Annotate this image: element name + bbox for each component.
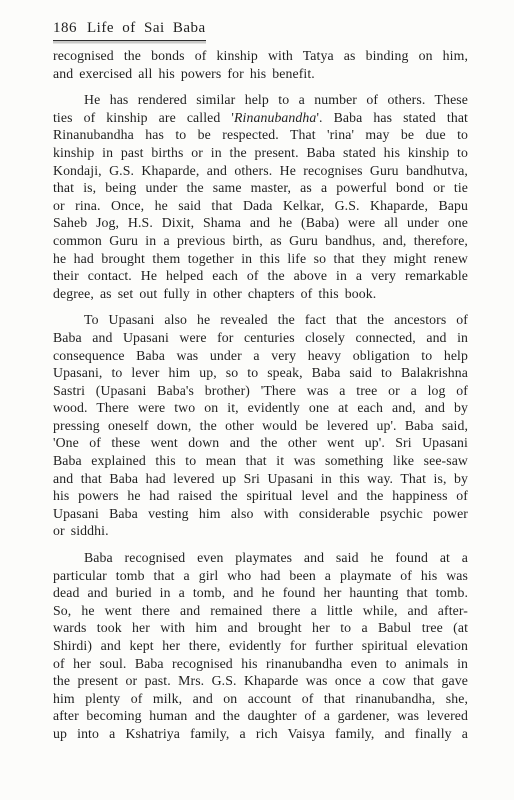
text-line: wood. There were two on it, evidently on… — [53, 399, 468, 417]
page-number: 186 — [53, 20, 77, 36]
text-line: Upasani, to lever him up, so to speak, B… — [53, 364, 468, 382]
text-line: ties of kinship are called 'Rinanubandha… — [53, 109, 468, 127]
text-line: him plenty of milk, and on account of th… — [53, 690, 468, 708]
text-line: or siddhi. — [53, 522, 468, 540]
text-line: Baba recognised even playmates and said … — [53, 549, 468, 567]
paragraph: He has rendered similar help to a number… — [53, 91, 468, 302]
running-head: 186Life of Sai Baba — [53, 20, 206, 41]
text-line: To Upasani also he revealed the fact tha… — [53, 311, 468, 329]
text-line: Saheb Jog, H.S. Dixit, Shama and he (Bab… — [53, 214, 468, 232]
text-line: wards took her with him and brought her … — [53, 619, 468, 637]
text-line: Sastri (Upasani Baba's brother) 'There w… — [53, 382, 468, 400]
paragraph: To Upasani also he revealed the fact tha… — [53, 311, 468, 540]
text-line: or rina. Once, he said that Dada Kelkar,… — [53, 197, 468, 215]
text-line: kinship in past births or in the present… — [53, 144, 468, 162]
text-line: Kondaji, G.S. Khaparde, and others. He r… — [53, 162, 468, 180]
text-line: He has rendered similar help to a number… — [53, 91, 468, 109]
text-line: Rinanubandha has to be respected. That '… — [53, 126, 468, 144]
text-line: Baba explained this to mean that it was … — [53, 452, 468, 470]
text-line: dead and buried in a tomb, and he found … — [53, 584, 468, 602]
text-line: 'One of these went down and the other we… — [53, 434, 468, 452]
page-body: recognised the bonds of kinship with Tat… — [53, 47, 468, 743]
text-line: of her soul. Baba recognised his rinanub… — [53, 655, 468, 673]
text-line: the present or past. Mrs. G.S. Khaparde … — [53, 672, 468, 690]
text-line: Upasani Baba vesting him also with consi… — [53, 505, 468, 523]
text-line: that is, being under the same master, as… — [53, 179, 468, 197]
text-line: common Guru in a previous birth, as Guru… — [53, 232, 468, 250]
text-line: Shirdi) and kept her there, evidently fo… — [53, 637, 468, 655]
text-line: pressing oneself down, the other would b… — [53, 417, 468, 435]
text-line: and that Baba had levered up Sri Upasani… — [53, 470, 468, 488]
text-line: recognised the bonds of kinship with Tat… — [53, 47, 468, 65]
book-page-scan: 186Life of Sai Baba recognised the bonds… — [0, 0, 514, 800]
text-line: after becoming human and the daughter of… — [53, 707, 468, 725]
text-line: degree, as set out fully in other chapte… — [53, 285, 468, 303]
book-title: Life of Sai Baba — [87, 20, 206, 36]
page-header: 186Life of Sai Baba — [53, 19, 206, 41]
text-line: consequence Baba was under a very heavy … — [53, 347, 468, 365]
text-line: their contact. He helped each of the abo… — [53, 267, 468, 285]
text-line: Baba and Upasani were for centuries clos… — [53, 329, 468, 347]
paragraph: recognised the bonds of kinship with Tat… — [53, 47, 468, 82]
text-line: particular tomb that a girl who had been… — [53, 567, 468, 585]
text-line: his powers he had raised the spiritual l… — [53, 487, 468, 505]
text-line: So, he went there and remained there a l… — [53, 602, 468, 620]
paragraph: Baba recognised even playmates and said … — [53, 549, 468, 743]
text-line: he had brought them together in this lif… — [53, 250, 468, 268]
text-line: and exercised all his powers for his ben… — [53, 65, 468, 83]
text-line: up into a Kshatriya family, a rich Vaisy… — [53, 725, 468, 743]
